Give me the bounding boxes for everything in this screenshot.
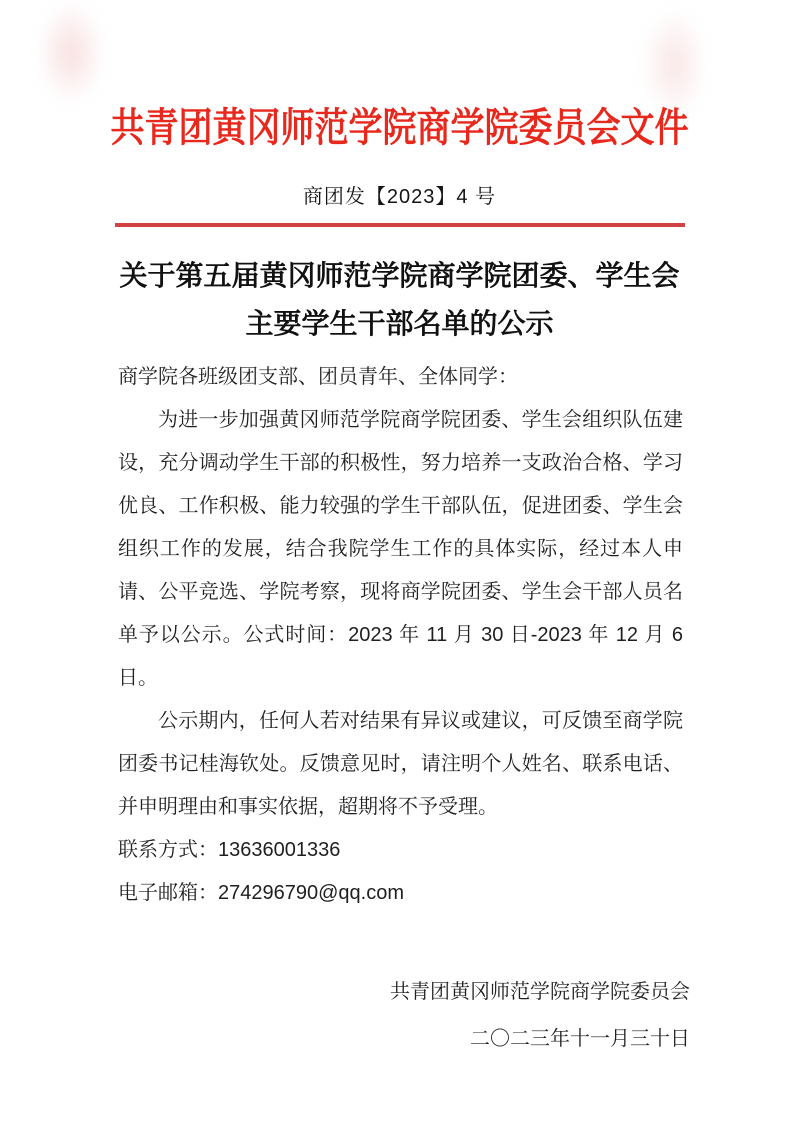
document-body: 商学院各班级团支部、团员青年、全体同学： 为进一步加强黄冈师范学院商学院团委、学… <box>0 356 799 915</box>
paragraph-1: 为进一步加强黄冈师范学院商学院团委、学生会组织队伍建设，充分调动学生干部的积极性… <box>118 399 683 700</box>
document-title-line-1: 关于第五届黄冈师范学院商学院团委、学生会 <box>0 252 799 300</box>
contact-email: 电子邮箱：274296790@qq.com <box>118 872 683 915</box>
paragraph-2: 公示期内，任何人若对结果有异议或建议，可反馈至商学院团委书记桂海钦处。反馈意见时… <box>118 700 683 829</box>
doc-number: 商团发【2023】4 号 <box>0 180 799 209</box>
signature-date: 二〇二三年十一月三十日 <box>0 1016 690 1063</box>
contact-phone: 联系方式：13636001336 <box>118 829 683 872</box>
signature-block: 共青团黄冈师范学院商学院委员会 二〇二三年十一月三十日 <box>0 969 799 1063</box>
document-title-line-2: 主要学生干部名单的公示 <box>0 300 799 348</box>
salutation: 商学院各班级团支部、团员青年、全体同学： <box>118 356 683 399</box>
letterhead-title: 共青团黄冈师范学院商学院委员会文件 <box>60 96 739 153</box>
red-separator-line <box>115 223 685 227</box>
signature-org: 共青团黄冈师范学院商学院委员会 <box>0 969 690 1016</box>
document-page: 共青团黄冈师范学院商学院委员会文件 商团发【2023】4 号 关于第五届黄冈师范… <box>0 0 799 1128</box>
document-title: 关于第五届黄冈师范学院商学院团委、学生会 主要学生干部名单的公示 <box>0 252 799 348</box>
scan-artifact-top-left <box>38 2 104 104</box>
